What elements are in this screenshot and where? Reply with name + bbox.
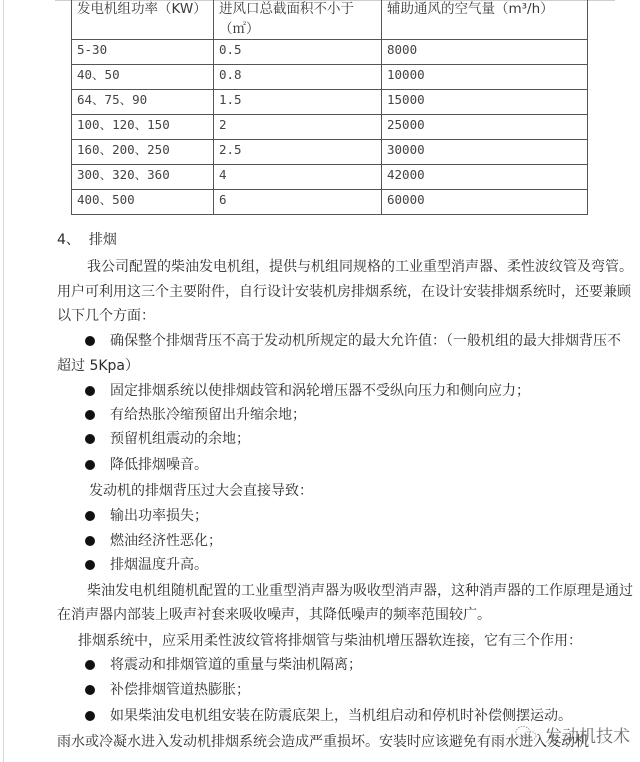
cell-airflow: 42000 bbox=[382, 165, 588, 190]
muffler-line-2: 在消声器内部装上吸声衬套来吸收噪声，其降低噪声的频率范围较广。 bbox=[57, 606, 491, 624]
bellows-function: 补偿排烟管道热膨胀； bbox=[110, 681, 250, 699]
table-header-row: 发电机组功率（KW） 进风口总截面积不小于（㎡） 辅助通风的空气量（m³/h） bbox=[72, 0, 588, 40]
cell-power: 160、200、250 bbox=[72, 140, 214, 165]
header-airflow: 辅助通风的空气量（m³/h） bbox=[382, 0, 588, 40]
watermark-text: 发动机技术 bbox=[545, 722, 630, 747]
cell-power: 40、50 bbox=[72, 65, 214, 90]
consideration-item: 有给热胀冷缩预留出升缩余地； bbox=[110, 406, 306, 424]
bullet-icon bbox=[85, 511, 95, 521]
bullet-icon bbox=[85, 336, 95, 346]
bullet-icon bbox=[85, 460, 95, 470]
table-row: 40、50 0.8 10000 bbox=[72, 65, 588, 90]
table-row: 160、200、250 2.5 30000 bbox=[72, 140, 588, 165]
cell-power: 5-30 bbox=[72, 40, 214, 65]
cell-power: 300、320、360 bbox=[72, 165, 214, 190]
header-power: 发电机组功率（KW） bbox=[72, 0, 214, 40]
table-row: 5-30 0.5 8000 bbox=[72, 40, 588, 65]
cell-power: 400、500 bbox=[72, 190, 214, 215]
cell-power: 100、120、150 bbox=[72, 115, 214, 140]
bullet-icon bbox=[85, 434, 95, 444]
intro-line-3: 以下几个方面： bbox=[57, 307, 155, 325]
cell-area: 1.5 bbox=[214, 90, 382, 115]
bullet-icon bbox=[85, 685, 95, 695]
header-inlet-area: 进风口总截面积不小于（㎡） bbox=[214, 0, 382, 40]
backpressure-effect: 排烟温度升高。 bbox=[110, 556, 208, 574]
cell-area: 0.8 bbox=[214, 65, 382, 90]
section-title: 排烟 bbox=[89, 232, 117, 248]
bullet-icon bbox=[85, 711, 95, 721]
table-row: 100、120、150 2 25000 bbox=[72, 115, 588, 140]
cell-area: 2.5 bbox=[214, 140, 382, 165]
cell-area: 4 bbox=[214, 165, 382, 190]
cell-airflow: 10000 bbox=[382, 65, 588, 90]
backpressure-effect: 燃油经济性恶化； bbox=[110, 532, 222, 550]
cell-power: 64、75、90 bbox=[72, 90, 214, 115]
section-heading: 4、 排烟 bbox=[57, 231, 117, 249]
bellows-function: 将震动和排烟管道的重量与柴油机隔离； bbox=[110, 656, 362, 674]
cell-airflow: 60000 bbox=[382, 190, 588, 215]
bullet-icon bbox=[85, 560, 95, 570]
section-number: 4、 bbox=[57, 232, 80, 248]
muffler-line-1: 柴油发电机组随机配置的工业重型消声器为吸收型消声器，这种消声器的工作原理是通过 bbox=[87, 582, 633, 600]
consideration-item: 确保整个排烟背压不高于发动机所规定的最大允许值：（一般机组的最大排烟背压不 bbox=[110, 332, 621, 350]
consideration-item: 固定排烟系统以使排烟歧管和涡轮增压器不受纵向压力和侧向应力； bbox=[110, 382, 530, 400]
bellows-intro: 排烟系统中，应采用柔性波纹管将排烟管与柴油机增压器软连接，它有三个作用： bbox=[78, 632, 582, 650]
intro-line-2: 用户可利用这三个主要附件，自行设计安装机房排烟系统，在设计安装排烟系统时，还要兼… bbox=[57, 283, 631, 301]
consideration-item: 降低排烟噪音。 bbox=[110, 456, 208, 474]
ventilation-table: 发电机组功率（KW） 进风口总截面积不小于（㎡） 辅助通风的空气量（m³/h） … bbox=[71, 0, 588, 215]
cell-area: 0.5 bbox=[214, 40, 382, 65]
backpressure-effect: 输出功率损失； bbox=[110, 507, 208, 525]
bullet-icon bbox=[85, 536, 95, 546]
table-row: 300、320、360 4 42000 bbox=[72, 165, 588, 190]
cell-airflow: 25000 bbox=[382, 115, 588, 140]
cell-area: 2 bbox=[214, 115, 382, 140]
table-row: 400、500 6 60000 bbox=[72, 190, 588, 215]
cell-airflow: 30000 bbox=[382, 140, 588, 165]
consideration-item: 预留机组震动的余地； bbox=[110, 430, 250, 448]
intro-line-1: 我公司配置的柴油发电机组，提供与机组同规格的工业重型消声器、柔性波纹管及弯管。 bbox=[87, 258, 633, 276]
backpressure-intro: 发动机的排烟背压过大会直接导致： bbox=[89, 482, 313, 500]
consideration-continuation: 超过 5Kpa） bbox=[57, 357, 139, 375]
bullet-icon bbox=[85, 410, 95, 420]
cell-airflow: 8000 bbox=[382, 40, 588, 65]
table-row: 64、75、90 1.5 15000 bbox=[72, 90, 588, 115]
cell-airflow: 15000 bbox=[382, 90, 588, 115]
bullet-icon bbox=[85, 660, 95, 670]
bellows-function: 如果柴油发电机组安装在防震底架上，当机组启动和停机时补偿侧摆运动。 bbox=[110, 707, 572, 725]
rain-line: 雨水或冷凝水进入发动机排烟系统会造成严重损坏。安装时应该避免有雨水进入发动机 bbox=[57, 733, 589, 751]
bullet-icon bbox=[85, 386, 95, 396]
cell-area: 6 bbox=[214, 190, 382, 215]
wechat-icon bbox=[515, 725, 537, 743]
page-edge-line bbox=[3, 0, 4, 762]
